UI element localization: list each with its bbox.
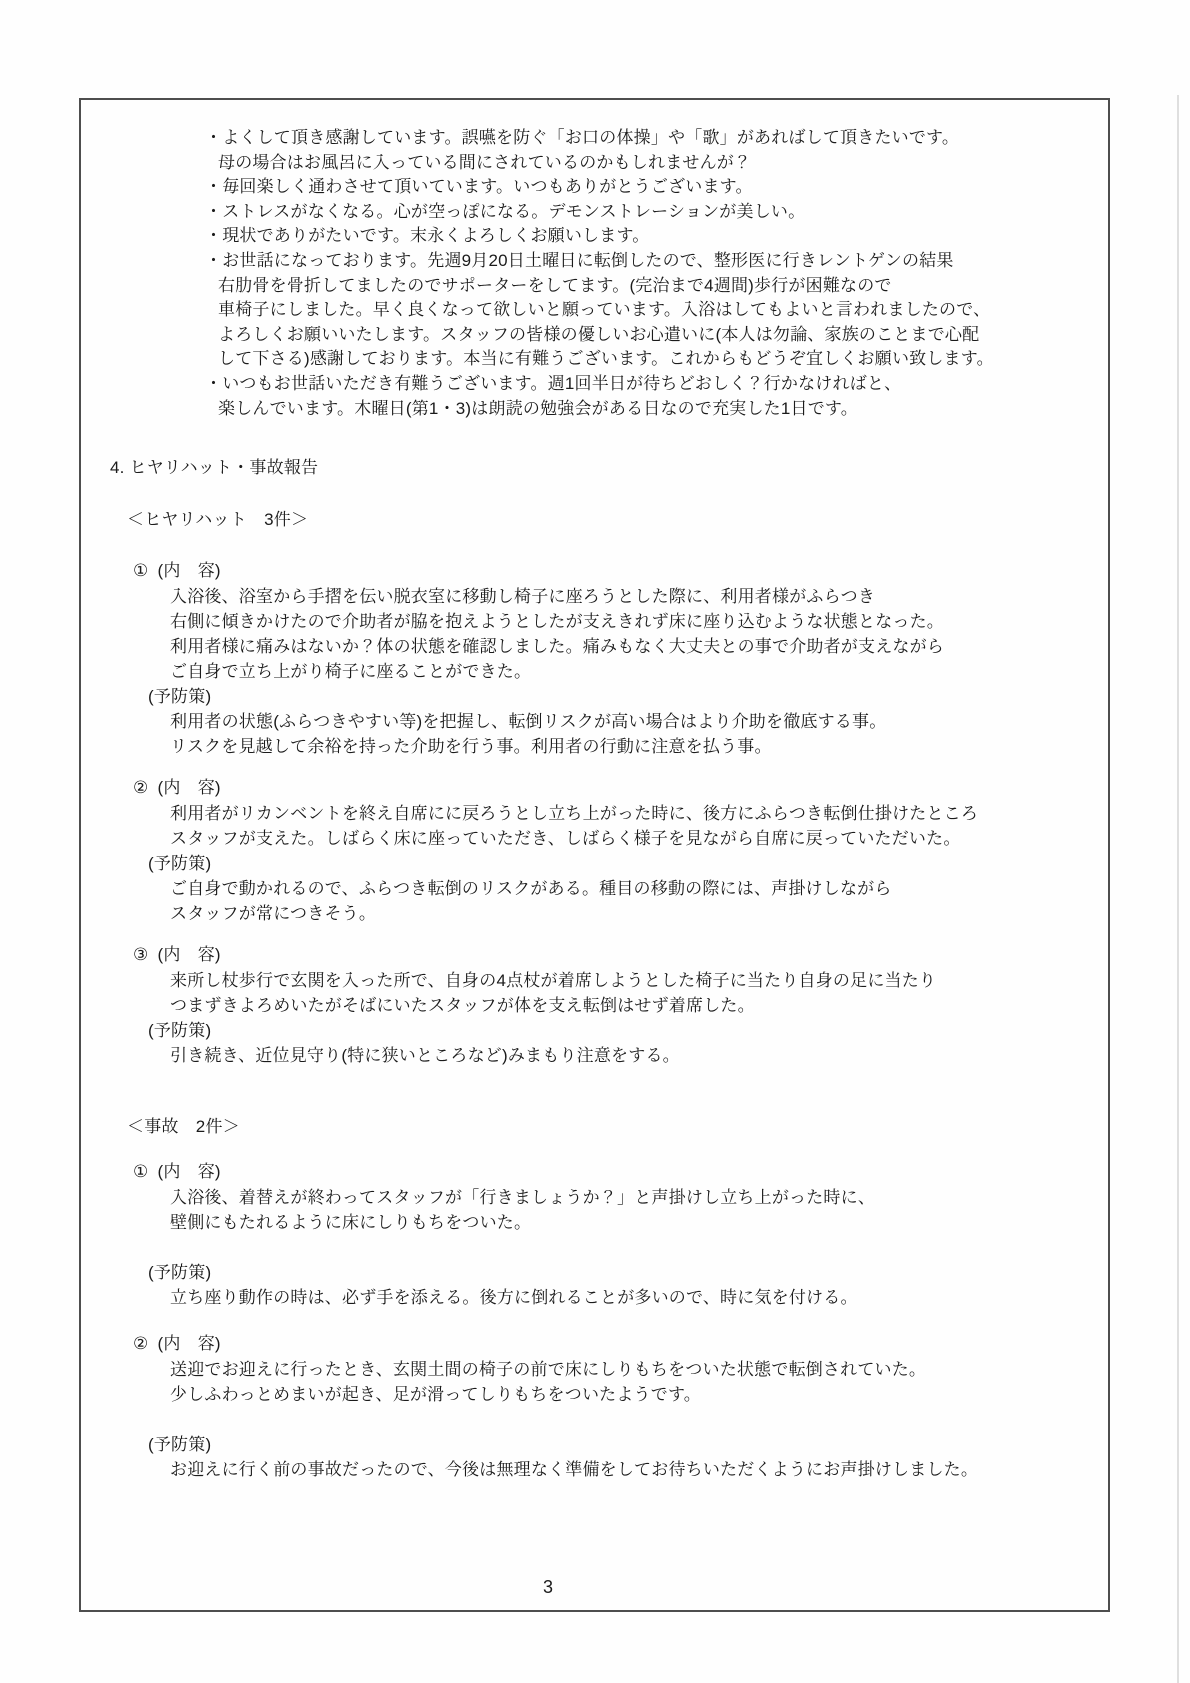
content-line: スタッフが支えた。しばらく床に座っていただき、しばらく様子を見ながら自席に戻って… <box>170 826 1108 851</box>
content-line: つまずきよろめいたがそばにいたスタッフが体を支え転倒はせず着席した。 <box>170 993 1108 1018</box>
scanned-document-page: ・よくして頂き感謝しています。誤嚥を防ぐ「お口の体操」や「歌」があればして頂きた… <box>0 0 1190 1683</box>
hiyari-subheading: ＜ヒヤリハット 3件＞ <box>127 507 1108 532</box>
feedback-line: ・よくして頂き感謝しています。誤嚥を防ぐ「お口の体操」や「歌」があればして頂きた… <box>205 126 1108 151</box>
prevention-label: (予防策) <box>148 1432 1108 1457</box>
feedback-line: して下さる)感謝しております。本当に有難うございます。これからもどうぞ宜しくお願… <box>218 347 1108 372</box>
feedback-line: よろしくお願いいたします。スタッフの皆様の優しいお心遣いに(本人は勿論、家族のこ… <box>218 323 1108 348</box>
content-label: (内 容) <box>157 1162 220 1181</box>
jiko-item-1: ①(内 容) 入浴後、着替えが終わってスタッフが「行きましょうか？」と声掛けし立… <box>133 1159 1108 1310</box>
circled-number: ② <box>133 1331 148 1357</box>
item-header: ②(内 容) <box>133 1331 1108 1357</box>
feedback-line: ・お世話になっております。先週9月20日土曜日に転倒したので、整形医に行きレント… <box>205 249 1108 274</box>
content-label: (内 容) <box>157 561 220 580</box>
feedback-line: 楽しんでいます。木曜日(第1・3)は朗読の勉強会がある日なので充実した1日です。 <box>218 397 1108 422</box>
hiyari-item-3: ③(内 容) 来所し杖歩行で玄関を入った所で、自身の4点杖が着席しようとした椅子… <box>133 942 1108 1068</box>
content-line: 右側に傾きかけたので介助者が脇を抱えようとしたが支えきれず床に座り込むような状態… <box>170 609 1108 634</box>
page-number: 3 <box>543 1576 553 1598</box>
feedback-line: 車椅子にしました。早く良くなって欲しいと願っています。入浴はしてもよいと言われま… <box>218 298 1108 323</box>
content-line: 入浴後、着替えが終わってスタッフが「行きましょうか？」と声掛けし立ち上がった時に… <box>170 1185 1108 1210</box>
content-line: 少しふわっとめまいが起き、足が滑ってしりもちをついたようです。 <box>170 1382 1108 1407</box>
content-label: (内 容) <box>157 1334 220 1353</box>
feedback-line: ・毎回楽しく通わさせて頂いています。いつもありがとうございます。 <box>205 175 1108 200</box>
hiyari-item-2: ②(内 容) 利用者がリカンベントを終え自席にに戻ろうとし立ち上がった時に、後方… <box>133 775 1108 926</box>
content-label: (内 容) <box>157 945 220 964</box>
item-header: ②(内 容) <box>133 775 1108 801</box>
prevention-line: 利用者の状態(ふらつきやすい等)を把握し、転倒リスクが高い場合はより介助を徹底す… <box>170 709 1108 734</box>
jiko-subheading: ＜事故 2件＞ <box>127 1114 1108 1139</box>
circled-number: ② <box>133 775 148 801</box>
feedback-comments-block: ・よくして頂き感謝しています。誤嚥を防ぐ「お口の体操」や「歌」があればして頂きた… <box>81 100 1108 421</box>
feedback-line: 母の場合はお風呂に入っている間にされているのかもしれませんが？ <box>218 151 1108 176</box>
prevention-line: 立ち座り動作の時は、必ず手を添える。後方に倒れることが多いので、時に気を付ける。 <box>170 1285 1108 1310</box>
content-line: 利用者がリカンベントを終え自席にに戻ろうとし立ち上がった時に、後方にふらつき転倒… <box>170 801 1108 826</box>
content-line: 入浴後、浴室から手摺を伝い脱衣室に移動し椅子に座ろうとした際に、利用者様がふらつ… <box>170 584 1108 609</box>
prevention-label: (予防策) <box>148 1260 1108 1285</box>
scan-edge-shadow <box>1177 95 1179 1683</box>
item-header: ③(内 容) <box>133 942 1108 968</box>
content-label: (内 容) <box>157 778 220 797</box>
content-line: 壁側にもたれるように床にしりもちをついた。 <box>170 1210 1108 1235</box>
prevention-line: お迎えに行く前の事故だったので、今後は無理なく準備をしてお待ちいただくようにお声… <box>170 1457 1108 1482</box>
feedback-line: ・ストレスがなくなる。心が空っぽになる。デモンストレーションが美しい。 <box>205 200 1108 225</box>
circled-number: ① <box>133 1159 148 1185</box>
prevention-line: 引き続き、近位見守り(特に狭いところなど)みまもり注意をする。 <box>170 1043 1108 1068</box>
section-heading: 4. ヒヤリハット・事故報告 <box>110 455 1108 480</box>
feedback-line: ・いつもお世話いただき有難うございます。週1回半日が待ちどおしく？行かなければと… <box>205 372 1108 397</box>
circled-number: ③ <box>133 942 148 968</box>
item-header: ①(内 容) <box>133 558 1108 584</box>
prevention-line: ご自身で動かれるので、ふらつき転倒のリスクがある。種目の移動の際には、声掛けしな… <box>170 876 1108 901</box>
content-line: 送迎でお迎えに行ったとき、玄関土間の椅子の前で床にしりもちをついた状態で転倒され… <box>170 1357 1108 1382</box>
feedback-line: 右肋骨を骨折してましたのでサポーターをしてます。(完治まで4週間)歩行が困難なの… <box>218 274 1108 299</box>
prevention-line: スタッフが常につきそう。 <box>170 901 1108 926</box>
document-content: ・よくして頂き感謝しています。誤嚥を防ぐ「お口の体操」や「歌」があればして頂きた… <box>81 100 1108 1610</box>
content-line: 利用者様に痛みはないか？体の状態を確認しました。痛みもなく大丈夫との事で介助者が… <box>170 634 1108 659</box>
content-border-frame: ・よくして頂き感謝しています。誤嚥を防ぐ「お口の体操」や「歌」があればして頂きた… <box>79 98 1110 1612</box>
jiko-item-2: ②(内 容) 送迎でお迎えに行ったとき、玄関土間の椅子の前で床にしりもちをついた… <box>133 1331 1108 1482</box>
prevention-line: リスクを見越して余裕を持った介助を行う事。利用者の行動に注意を払う事。 <box>170 734 1108 759</box>
circled-number: ① <box>133 558 148 584</box>
prevention-label: (予防策) <box>148 1018 1108 1043</box>
hiyari-item-1: ①(内 容) 入浴後、浴室から手摺を伝い脱衣室に移動し椅子に座ろうとした際に、利… <box>133 558 1108 759</box>
prevention-label: (予防策) <box>148 684 1108 709</box>
prevention-label: (予防策) <box>148 851 1108 876</box>
content-line: ご自身で立ち上がり椅子に座ることができた。 <box>170 659 1108 684</box>
feedback-line: ・現状でありがたいです。末永くよろしくお願いします。 <box>205 224 1108 249</box>
item-header: ①(内 容) <box>133 1159 1108 1185</box>
content-line: 来所し杖歩行で玄関を入った所で、自身の4点杖が着席しようとした椅子に当たり自身の… <box>170 968 1108 993</box>
